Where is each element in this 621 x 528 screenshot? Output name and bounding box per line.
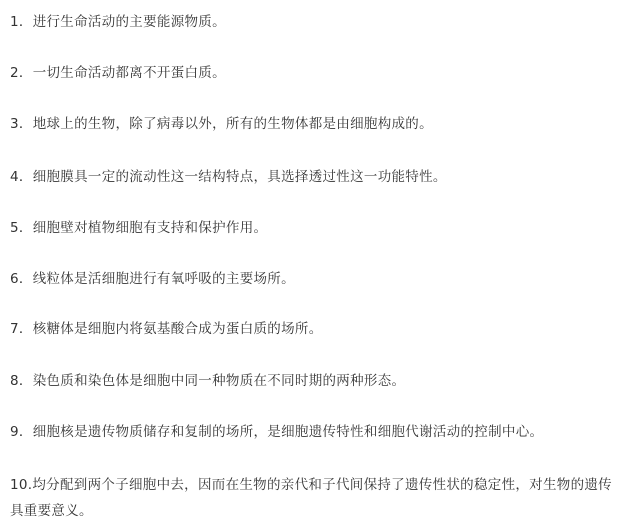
list-item-4: 4．细胞膜具一定的流动性这一结构特点，具选择透过性这一功能特性。	[10, 164, 616, 190]
list-item-2: 2．一切生命活动都离不开蛋白质。	[10, 60, 616, 86]
list-item-10: 10.均分配到两个子细胞中去，因而在生物的亲代和子代间保持了遗传性状的稳定性，对…	[10, 472, 616, 524]
list-item-6: 6．线粒体是活细胞进行有氧呼吸的主要场所。	[10, 266, 616, 292]
list-item-5: 5．细胞壁对植物细胞有支持和保护作用。	[10, 215, 616, 241]
list-item-9: 9．细胞核是遗传物质储存和复制的场所，是细胞遗传特性和细胞代谢活动的控制中心。	[10, 419, 616, 445]
list-item-8: 8．染色质和染色体是细胞中同一种物质在不同时期的两种形态。	[10, 368, 616, 394]
list-item-1: 1．进行生命活动的主要能源物质。	[10, 9, 616, 35]
list-item-3: 3．地球上的生物，除了病毒以外，所有的生物体都是由细胞构成的。	[10, 111, 616, 137]
list-item-7: 7．核糖体是细胞内将氨基酸合成为蛋白质的场所。	[10, 316, 616, 342]
